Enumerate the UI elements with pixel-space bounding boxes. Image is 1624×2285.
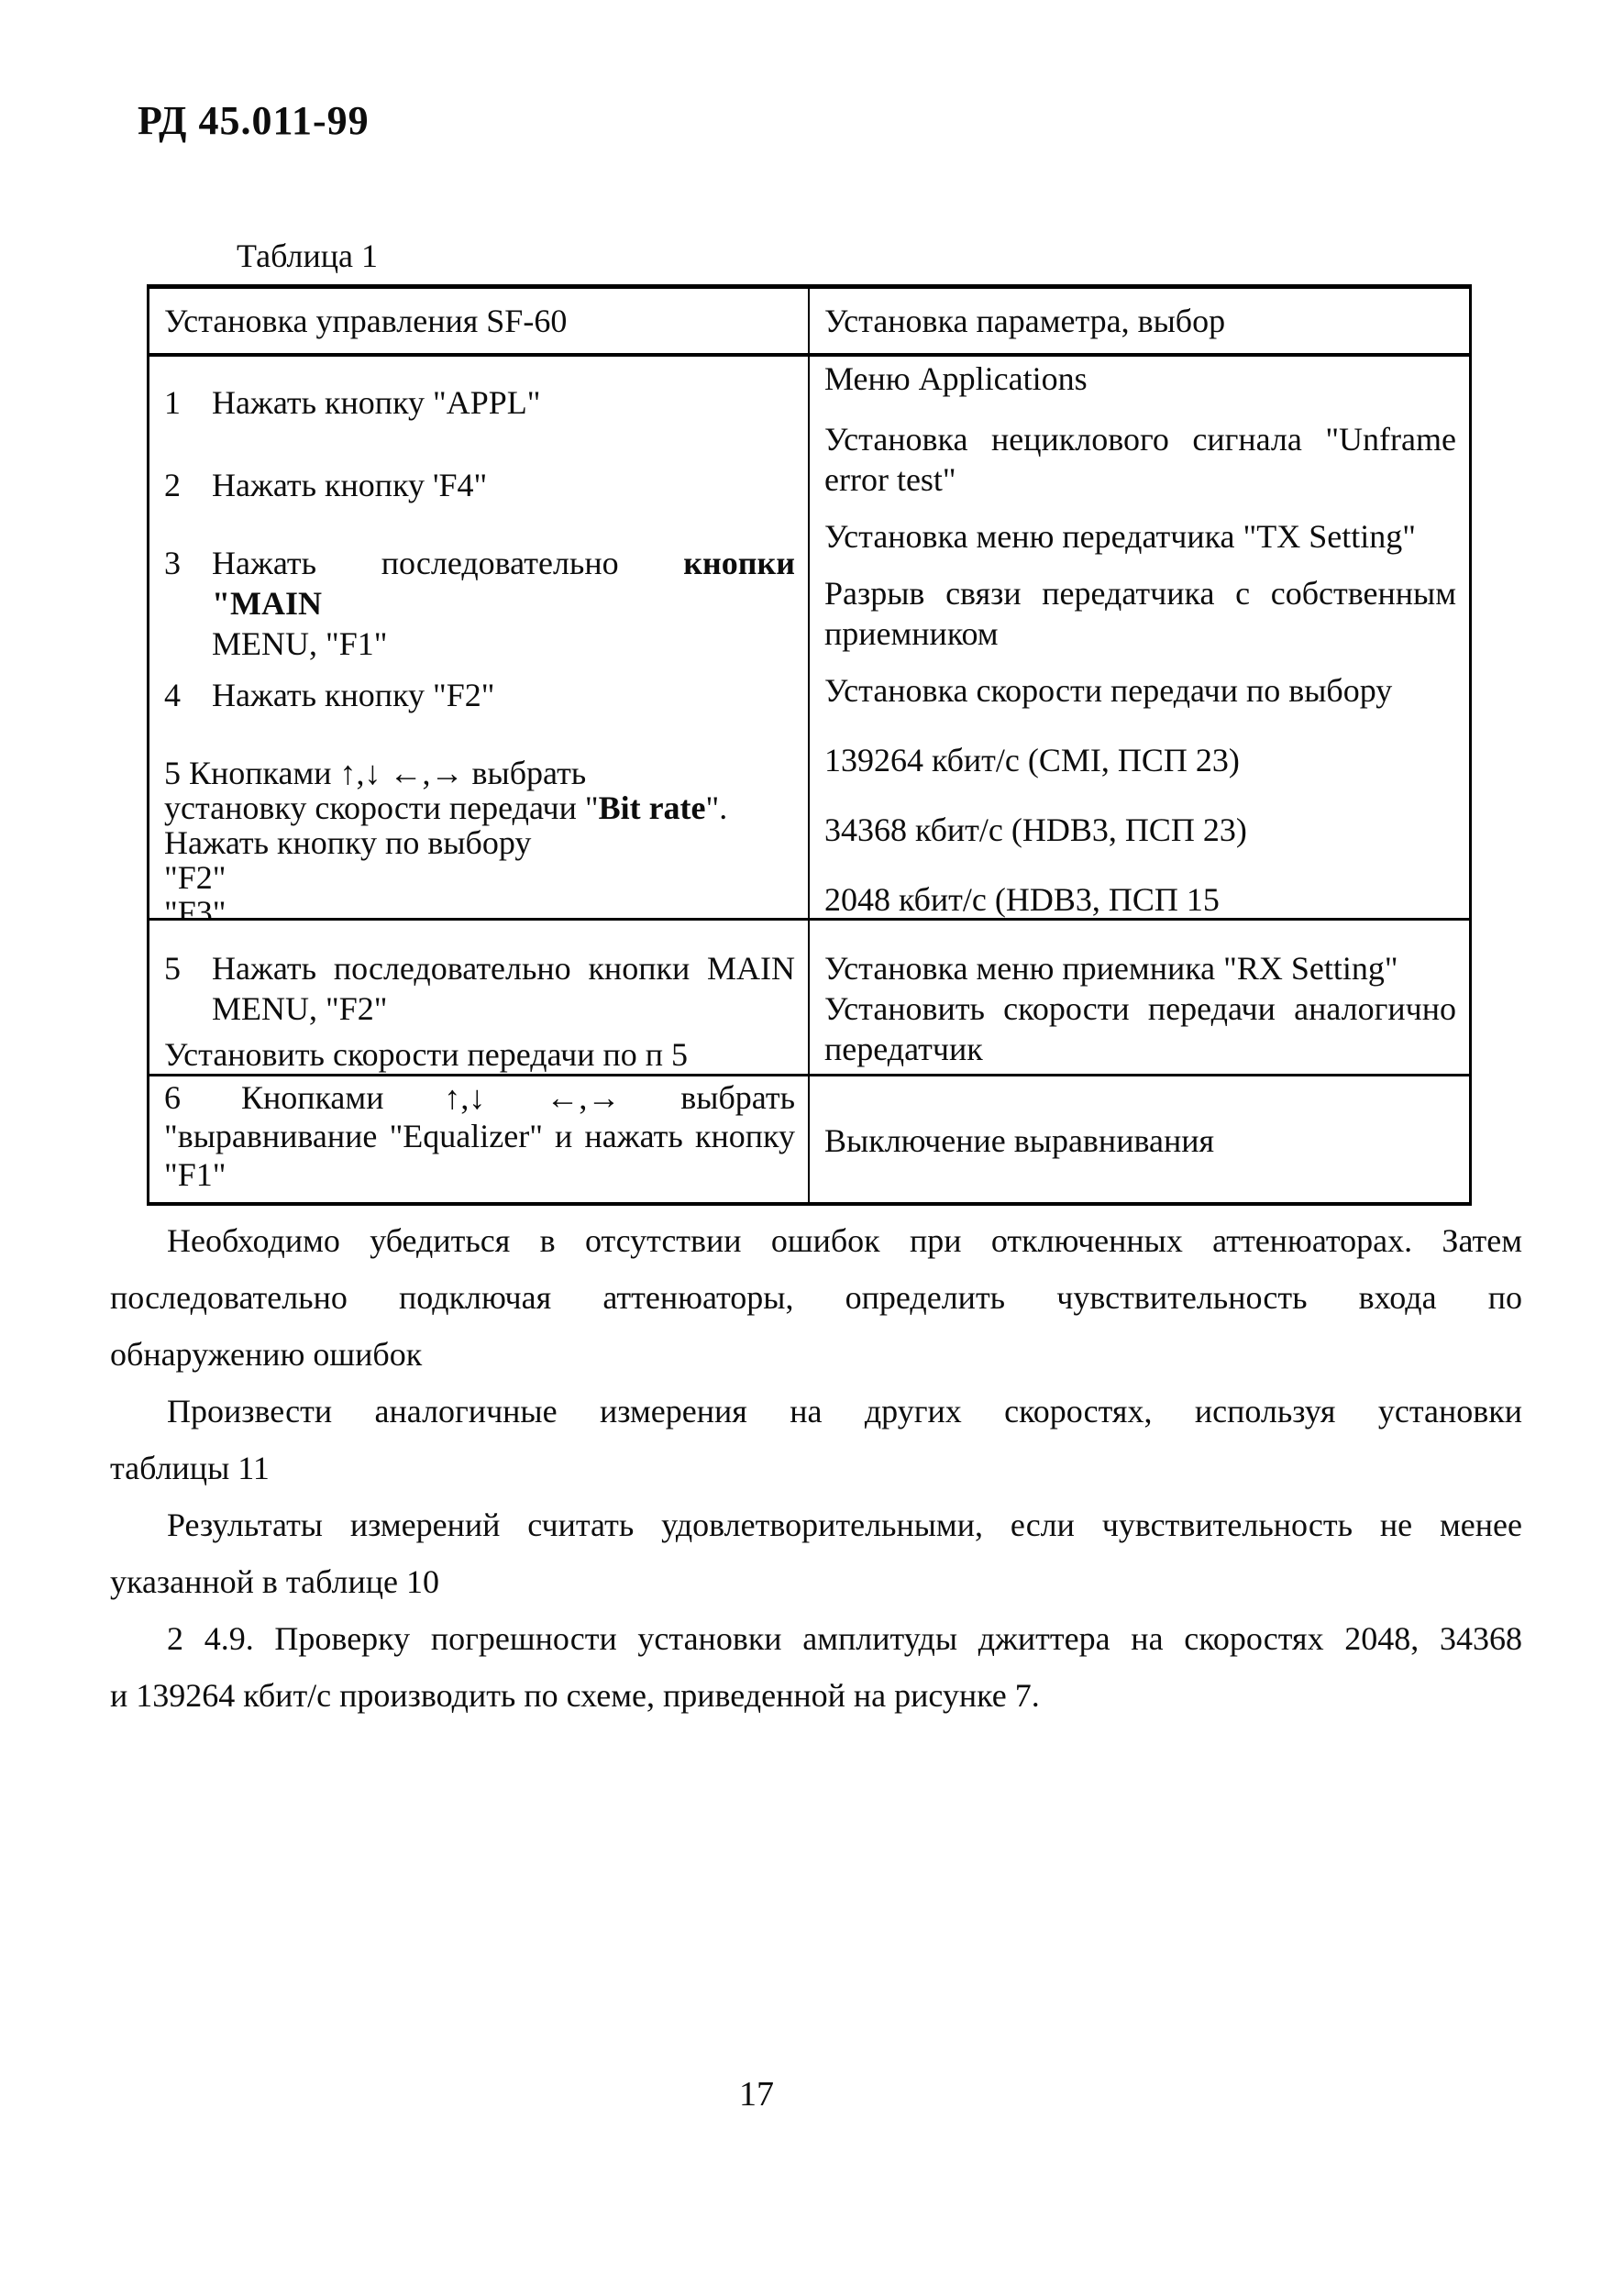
key-label-f2: "F2" — [164, 860, 795, 895]
paragraph-1-line: последовательно подключая аттенюаторы, о… — [110, 1269, 1522, 1326]
table-cell-row3-right: Выключение выравнивания — [810, 1076, 1469, 1202]
document-page: РД 45.011-99 Таблица 1 Установка управле… — [0, 0, 1624, 2285]
step-text-line: Нажать кнопку по выбору — [164, 825, 795, 860]
body-text: Необходимо убедиться в отсутствии ошибок… — [110, 1212, 1522, 1724]
param-line: error test" — [824, 459, 1456, 500]
step-item-2: 2 Нажать кнопку 'F4" — [164, 465, 795, 505]
paragraph-2-line: Произвести аналогичные измерения на друг… — [110, 1383, 1522, 1440]
param-line: Выключение выравнивания — [824, 1120, 1456, 1161]
param-line: Меню Applications — [824, 359, 1456, 399]
step-number: 5 — [164, 948, 212, 1029]
param-line: Установка меню передатчика "TX Setting" — [824, 516, 1456, 557]
table-header-right: Установка параметра, выбор — [810, 289, 1469, 353]
param-line: Установка скорости передачи по выбору — [824, 670, 1456, 711]
step-text-line2: MENU, "F1" — [212, 624, 795, 664]
table-row-1: 1 Нажать кнопку "APPL" 2 Нажать кнопку '… — [149, 357, 1469, 921]
step-text-line: установку скорости передачи "Bit rate". — [164, 790, 795, 825]
step-text-bold: Bit rate — [599, 789, 706, 826]
step-text-part: Нажать последовательно — [212, 545, 683, 581]
step-text: Нажать последовательно кнопки "MAIN MENU… — [212, 543, 795, 664]
table-row-3: 6 Кнопками ↑,↓ ←,→ выбрать "выравнивание… — [149, 1076, 1469, 1202]
table-header-row: Установка управления SF-60 Установка пар… — [149, 289, 1469, 357]
step-item-5: 5 Кнопками ↑,↓ ←,→ выбрать установку ско… — [164, 756, 795, 918]
table-cell-row1-left: 1 Нажать кнопку "APPL" 2 Нажать кнопку '… — [149, 357, 810, 918]
paragraph-1-line: Необходимо убедиться в отсутствии ошибок… — [110, 1212, 1522, 1269]
param-line-34368: 34368 кбит/с (HDB3, ПСП 23) — [824, 810, 1456, 850]
param-line: Установка меню приемника "RX Setting" — [824, 948, 1456, 988]
step-item-3: 3 Нажать последовательно кнопки "MAIN ME… — [164, 543, 795, 664]
table-header-left: Установка управления SF-60 — [149, 289, 810, 353]
param-line: приемником — [824, 613, 1456, 654]
table-cell-row1-right: Меню Applications Установка нециклового … — [810, 357, 1469, 918]
paragraph-3-line: указанной в таблице 10 — [110, 1553, 1522, 1610]
param-line: Установка нециклового сигнала "Unframe — [824, 419, 1456, 459]
step-text: Нажать кнопку 'F4" — [212, 465, 795, 505]
step-number: 4 — [164, 675, 212, 715]
param-line-2048: 2048 кбит/с (HDB3, ПСП 15 — [824, 879, 1456, 918]
settings-table: Установка управления SF-60 Установка пар… — [147, 284, 1472, 1206]
page-number: 17 — [110, 2074, 1403, 2114]
step-item-6-line1: 6 Кнопками ↑,↓ ←,→ выбрать — [164, 1078, 795, 1117]
step-item-1: 1 Нажать кнопку "APPL" — [164, 382, 795, 423]
table-row-2: 5 Нажать последовательно кнопки MAIN MEN… — [149, 921, 1469, 1076]
step-text-line3: Установить скорости передачи по п 5 — [164, 1034, 795, 1074]
key-label-f3: "F3" — [164, 895, 795, 918]
table-cell-row2-right: Установка меню приемника "RX Setting" Ус… — [810, 921, 1469, 1074]
table-cell-row3-left: 6 Кнопками ↑,↓ ←,→ выбрать "выравнивание… — [149, 1076, 810, 1202]
step-text-part: установку скорости передачи " — [164, 789, 599, 826]
step-text-line: 5 Кнопками ↑,↓ ←,→ выбрать — [164, 756, 795, 790]
step-item-4: 4 Нажать кнопку "F2" — [164, 675, 795, 715]
param-line: передатчик — [824, 1029, 1456, 1069]
paragraph-1-line: обнаружению ошибок — [110, 1326, 1522, 1383]
step-item-6-line3: "F1" — [164, 1155, 795, 1194]
step-text-part: ". — [706, 789, 728, 826]
table-cell-row2-left: 5 Нажать последовательно кнопки MAIN MEN… — [149, 921, 810, 1074]
paragraph-3-line: Результаты измерений считать удовлетвори… — [110, 1496, 1522, 1553]
param-line: Установить скорости передачи аналогично — [824, 988, 1456, 1029]
paragraph-4-line: и 139264 кбит/с производить по схеме, пр… — [110, 1667, 1522, 1724]
step-number: 3 — [164, 543, 212, 664]
table-caption: Таблица 1 — [237, 237, 378, 275]
doc-code: РД 45.011-99 — [138, 97, 370, 144]
step-text-line1: Нажать последовательно кнопки MAIN — [212, 948, 795, 988]
step-text-line2: MENU, "F2" — [212, 988, 795, 1029]
step-text: Нажать кнопку "F2" — [212, 675, 795, 715]
param-line-139264: 139264 кбит/с (CMI, ПСП 23) — [824, 740, 1456, 780]
step-text: Нажать кнопку "APPL" — [212, 382, 795, 423]
paragraph-4-line: 2 4.9. Проверку погрешности установки ам… — [110, 1610, 1522, 1667]
step-number: 2 — [164, 465, 212, 505]
step-item-5b: 5 Нажать последовательно кнопки MAIN MEN… — [164, 948, 795, 1029]
paragraph-2-line: таблицы 11 — [110, 1440, 1522, 1496]
step-item-6-line2: "выравнивание "Equalizer" и нажать кнопк… — [164, 1117, 795, 1155]
step-number: 1 — [164, 382, 212, 423]
param-line: Разрыв связи передатчика с собственным — [824, 573, 1456, 613]
step-text: Нажать последовательно кнопки MAIN MENU,… — [212, 948, 795, 1029]
